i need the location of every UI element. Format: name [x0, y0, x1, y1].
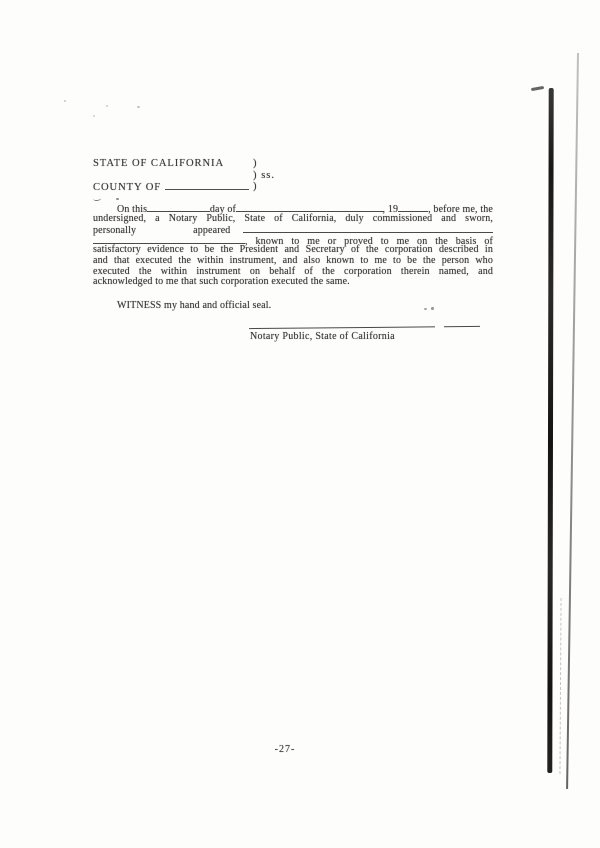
scan-edge-thick-line [547, 88, 553, 773]
year-blank-field [398, 203, 428, 212]
scan-speck [106, 105, 108, 107]
name-blank-field-lower [93, 235, 245, 244]
notary-signature-line [249, 326, 480, 329]
county-blank-field [165, 181, 249, 190]
county-label: COUNTY OF [93, 182, 161, 193]
para-line-1: On this day of , 19 , before me, the [93, 203, 493, 214]
scan-edge-faint-line [559, 598, 561, 774]
day-blank-field [147, 203, 210, 212]
page-number: -27- [230, 744, 340, 755]
para-line-6: and that executed the within instrument,… [93, 256, 493, 267]
para-line-3: personally appeared [93, 224, 493, 235]
para-line-8: acknowledged to me that such corporation… [93, 277, 493, 288]
scanned-document-page: STATE OF CALIFORNIA ) ) ss. COUNTY OF ) … [0, 0, 600, 848]
county-row: COUNTY OF ) [93, 181, 493, 194]
paren-bottom: ) [253, 181, 258, 192]
scan-squiggle-mark [93, 196, 101, 202]
scan-speck [431, 307, 434, 310]
scan-speck [424, 308, 427, 310]
notary-acknowledgment-block: STATE OF CALIFORNIA ) ) ss. COUNTY OF ) … [93, 158, 493, 194]
signature-caption: Notary Public, State of California [250, 331, 395, 342]
scan-edge-thin-line [566, 53, 579, 789]
para-line-2: undersigned, a Notary Public, State of C… [93, 214, 493, 225]
scan-speck [137, 106, 140, 108]
ss-label: ss. [261, 170, 275, 181]
month-blank-field [236, 203, 383, 212]
scan-speck [93, 115, 95, 117]
scan-speck [116, 198, 119, 200]
state-row: STATE OF CALIFORNIA ) [93, 158, 493, 170]
signature-line-break [435, 325, 444, 329]
scan-edge-dash-mark [531, 86, 544, 91]
scan-speck [64, 100, 66, 102]
name-blank-field-upper [243, 224, 493, 233]
ss-row: ) ss. [93, 170, 493, 181]
acknowledgment-paragraph: On this day of , 19 , before me, the und… [93, 203, 493, 288]
paren-middle: ) ss. [253, 170, 275, 181]
paren-top: ) [253, 158, 258, 169]
state-label: STATE OF CALIFORNIA [93, 158, 224, 169]
witness-line: WITNESS my hand and official seal. [93, 300, 271, 311]
